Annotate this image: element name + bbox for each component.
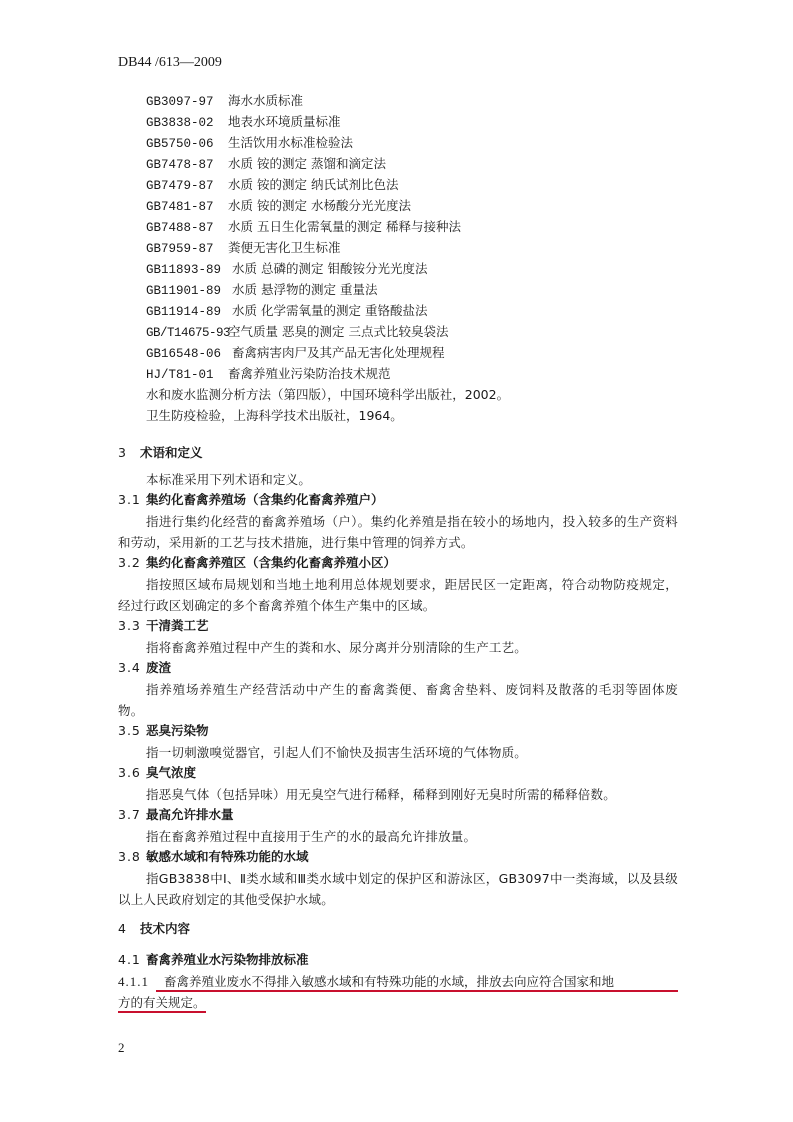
reference-item: 卫生防疫检验，上海科学技术出版社，1964。 <box>146 408 403 424</box>
reference-item: GB11901-89水质 悬浮物的测定 重量法 <box>146 282 377 299</box>
reference-item: GB3097-97海水水质标准 <box>146 93 303 110</box>
clause-line-1: 4.1.1畜禽养殖业废水不得排入敏感水域和有特殊功能的水域，排放去向应符合国家和… <box>118 971 678 992</box>
section-number: 4 <box>118 921 140 936</box>
page-number: 2 <box>118 1040 125 1056</box>
reference-title: 畜禽病害肉尸及其产品无害化处理规程 <box>232 345 445 360</box>
reference-item: 水和废水监测分析方法（第四版），中国环境科学出版社，2002。 <box>146 387 509 403</box>
reference-code: GB5750-06 <box>146 136 228 152</box>
reference-title: 粪便无害化卫生标准 <box>228 240 341 255</box>
term-heading: 3.7最高允许排水量 <box>118 805 234 823</box>
reference-code: GB7959-87 <box>146 241 228 257</box>
reference-title: 生活饮用水标准检验法 <box>228 135 353 150</box>
term-definition: 指恶臭气体（包括异味）用无臭空气进行稀释，稀释到刚好无臭时所需的稀释倍数。 <box>118 784 678 805</box>
reference-item: HJ/T81-01畜禽养殖业污染防治技术规范 <box>146 366 391 383</box>
reference-title: 海水水质标准 <box>228 93 303 108</box>
reference-item: GB7478-87水质 铵的测定 蒸馏和滴定法 <box>146 156 386 173</box>
term-definition: 指GB3838中Ⅰ、Ⅱ类水域和Ⅲ类水域中划定的保护区和游泳区，GB3097中一类… <box>118 868 678 910</box>
reference-item: GB5750-06生活饮用水标准检验法 <box>146 135 353 152</box>
term-heading: 3.1集约化畜禽养殖场（含集约化畜禽养殖户） <box>118 490 384 508</box>
clause-text: 畜禽养殖业废水不得排入敏感水域和有特殊功能的水域，排放去向应符合国家和地 <box>164 974 614 989</box>
reference-title: 水质 化学需氧量的测定 重铬酸盐法 <box>232 303 427 318</box>
term-heading: 3.2集约化畜禽养殖区（含集约化畜禽养殖小区） <box>118 553 396 571</box>
clause-line-2: 方的有关规定。 <box>118 992 678 1013</box>
reference-code: GB7488-87 <box>146 220 228 236</box>
reference-item: GB7488-87水质 五日生化需氧量的测定 稀释与接种法 <box>146 219 461 236</box>
reference-item: GB3838-02地表水环境质量标准 <box>146 114 341 131</box>
red-underline <box>118 1011 206 1013</box>
section-title: 术语和定义 <box>140 445 203 460</box>
term-heading: 3.8敏感水域和有特殊功能的水域 <box>118 847 309 865</box>
term-definition: 指按照区域布局规划和当地土地利用总体规划要求，距居民区一定距离，符合动物防疫规定… <box>118 574 678 616</box>
reference-item: GB11893-89水质 总磷的测定 钼酸铵分光光度法 <box>146 261 427 278</box>
section-heading: 4技术内容 <box>118 919 190 937</box>
reference-code: GB7481-87 <box>146 199 228 215</box>
clause-number: 4.1.1 <box>118 971 164 992</box>
term-heading: 3.5恶臭污染物 <box>118 721 209 739</box>
reference-title: 水质 悬浮物的测定 重量法 <box>232 282 377 297</box>
clause-text: 方的有关规定 <box>118 995 193 1010</box>
reference-code: HJ/T81-01 <box>146 367 228 383</box>
reference-code: GB3838-02 <box>146 115 228 131</box>
reference-item: GB16548-06畜禽病害肉尸及其产品无害化处理规程 <box>146 345 445 362</box>
subsection-heading: 4.1畜禽养殖业水污染物排放标准 <box>118 950 309 968</box>
term-definition: 指进行集约化经营的畜禽养殖场（户）。集约化养殖是指在较小的场地内，投入较多的生产… <box>118 511 678 553</box>
reference-code: GB11893-89 <box>146 262 232 278</box>
term-definition: 指将畜禽养殖过程中产生的粪和水、尿分离并分别清除的生产工艺。 <box>118 637 678 658</box>
section-heading: 3术语和定义 <box>118 443 203 461</box>
reference-code: GB11914-89 <box>146 304 232 320</box>
term-definition: 指养殖场养殖生产经营活动中产生的畜禽粪便、畜禽舍垫料、废饲料及散落的毛羽等固体废… <box>118 679 678 721</box>
reference-item: GB/T14675-93空气质量 恶臭的测定 三点式比较臭袋法 <box>146 324 448 341</box>
term-definition: 指在畜禽养殖过程中直接用于生产的水的最高允许排放量。 <box>118 826 678 847</box>
reference-title: 地表水环境质量标准 <box>228 114 341 129</box>
reference-title: 畜禽养殖业污染防治技术规范 <box>228 366 391 381</box>
term-heading: 3.4废渣 <box>118 658 171 676</box>
reference-title: 空气质量 恶臭的测定 三点式比较臭袋法 <box>228 324 448 339</box>
reference-title: 卫生防疫检验，上海科学技术出版社，1964。 <box>146 408 403 423</box>
reference-title: 水质 铵的测定 水杨酸分光光度法 <box>228 198 411 213</box>
reference-title: 水和废水监测分析方法（第四版），中国环境科学出版社，2002。 <box>146 387 509 402</box>
section-title: 技术内容 <box>140 921 190 936</box>
document-code-header: DB44 /613—2009 <box>118 55 222 71</box>
reference-item: GB7479-87水质 铵的测定 纳氏试剂比色法 <box>146 177 398 194</box>
term-heading: 3.6臭气浓度 <box>118 763 196 781</box>
section-intro: 本标准采用下列术语和定义。 <box>118 469 678 490</box>
reference-title: 水质 铵的测定 蒸馏和滴定法 <box>228 156 386 171</box>
reference-code: GB3097-97 <box>146 94 228 110</box>
reference-title: 水质 铵的测定 纳氏试剂比色法 <box>228 177 398 192</box>
term-definition: 指一切刺激嗅觉器官，引起人们不愉快及损害生活环境的气体物质。 <box>118 742 678 763</box>
reference-title: 水质 五日生化需氧量的测定 稀释与接种法 <box>228 219 461 234</box>
reference-title: 水质 总磷的测定 钼酸铵分光光度法 <box>232 261 427 276</box>
reference-item: GB7481-87水质 铵的测定 水杨酸分光光度法 <box>146 198 411 215</box>
reference-code: GB7478-87 <box>146 157 228 173</box>
reference-item: GB7959-87粪便无害化卫生标准 <box>146 240 341 257</box>
term-heading: 3.3干清粪工艺 <box>118 616 209 634</box>
section-number: 3 <box>118 445 140 460</box>
reference-code: GB7479-87 <box>146 178 228 194</box>
reference-code: GB11901-89 <box>146 283 232 299</box>
reference-code: GB/T14675-93 <box>146 325 228 341</box>
reference-item: GB11914-89水质 化学需氧量的测定 重铬酸盐法 <box>146 303 427 320</box>
reference-code: GB16548-06 <box>146 346 232 362</box>
